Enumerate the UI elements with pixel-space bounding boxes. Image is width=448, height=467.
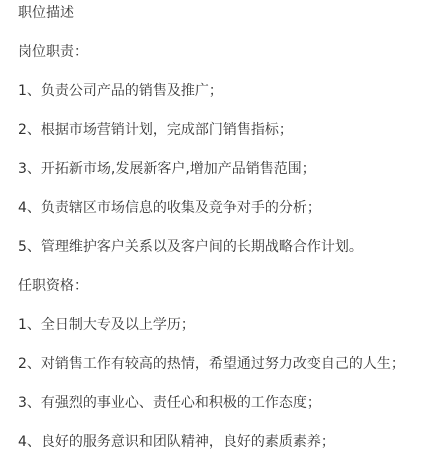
responsibility-item-2: 2、根据市场营销计划，完成部门销售指标；	[18, 119, 432, 141]
responsibility-item-3: 3、开拓新市场,发展新客户,增加产品销售范围；	[18, 158, 432, 180]
qualification-item-2: 2、对销售工作有较高的热情，希望通过努力改变自己的人生；	[18, 353, 432, 375]
qualification-item-3: 3、有强烈的事业心、责任心和积极的工作态度；	[18, 392, 432, 414]
section-heading-responsibilities: 岗位职责：	[18, 41, 432, 63]
job-description-page: 职位描述 岗位职责： 1、负责公司产品的销售及推广； 2、根据市场营销计划，完成…	[0, 0, 448, 453]
page-title: 职位描述	[18, 2, 432, 24]
responsibility-item-5: 5、管理维护客户关系以及客户间的长期战略合作计划。	[18, 236, 432, 258]
responsibility-item-1: 1、负责公司产品的销售及推广；	[18, 80, 432, 102]
qualification-item-4: 4、良好的服务意识和团队精神，良好的素质素养；	[18, 431, 432, 453]
qualification-item-1: 1、全日制大专及以上学历；	[18, 314, 432, 336]
responsibility-item-4: 4、负责辖区市场信息的收集及竞争对手的分析；	[18, 197, 432, 219]
section-heading-qualifications: 任职资格：	[18, 275, 432, 297]
